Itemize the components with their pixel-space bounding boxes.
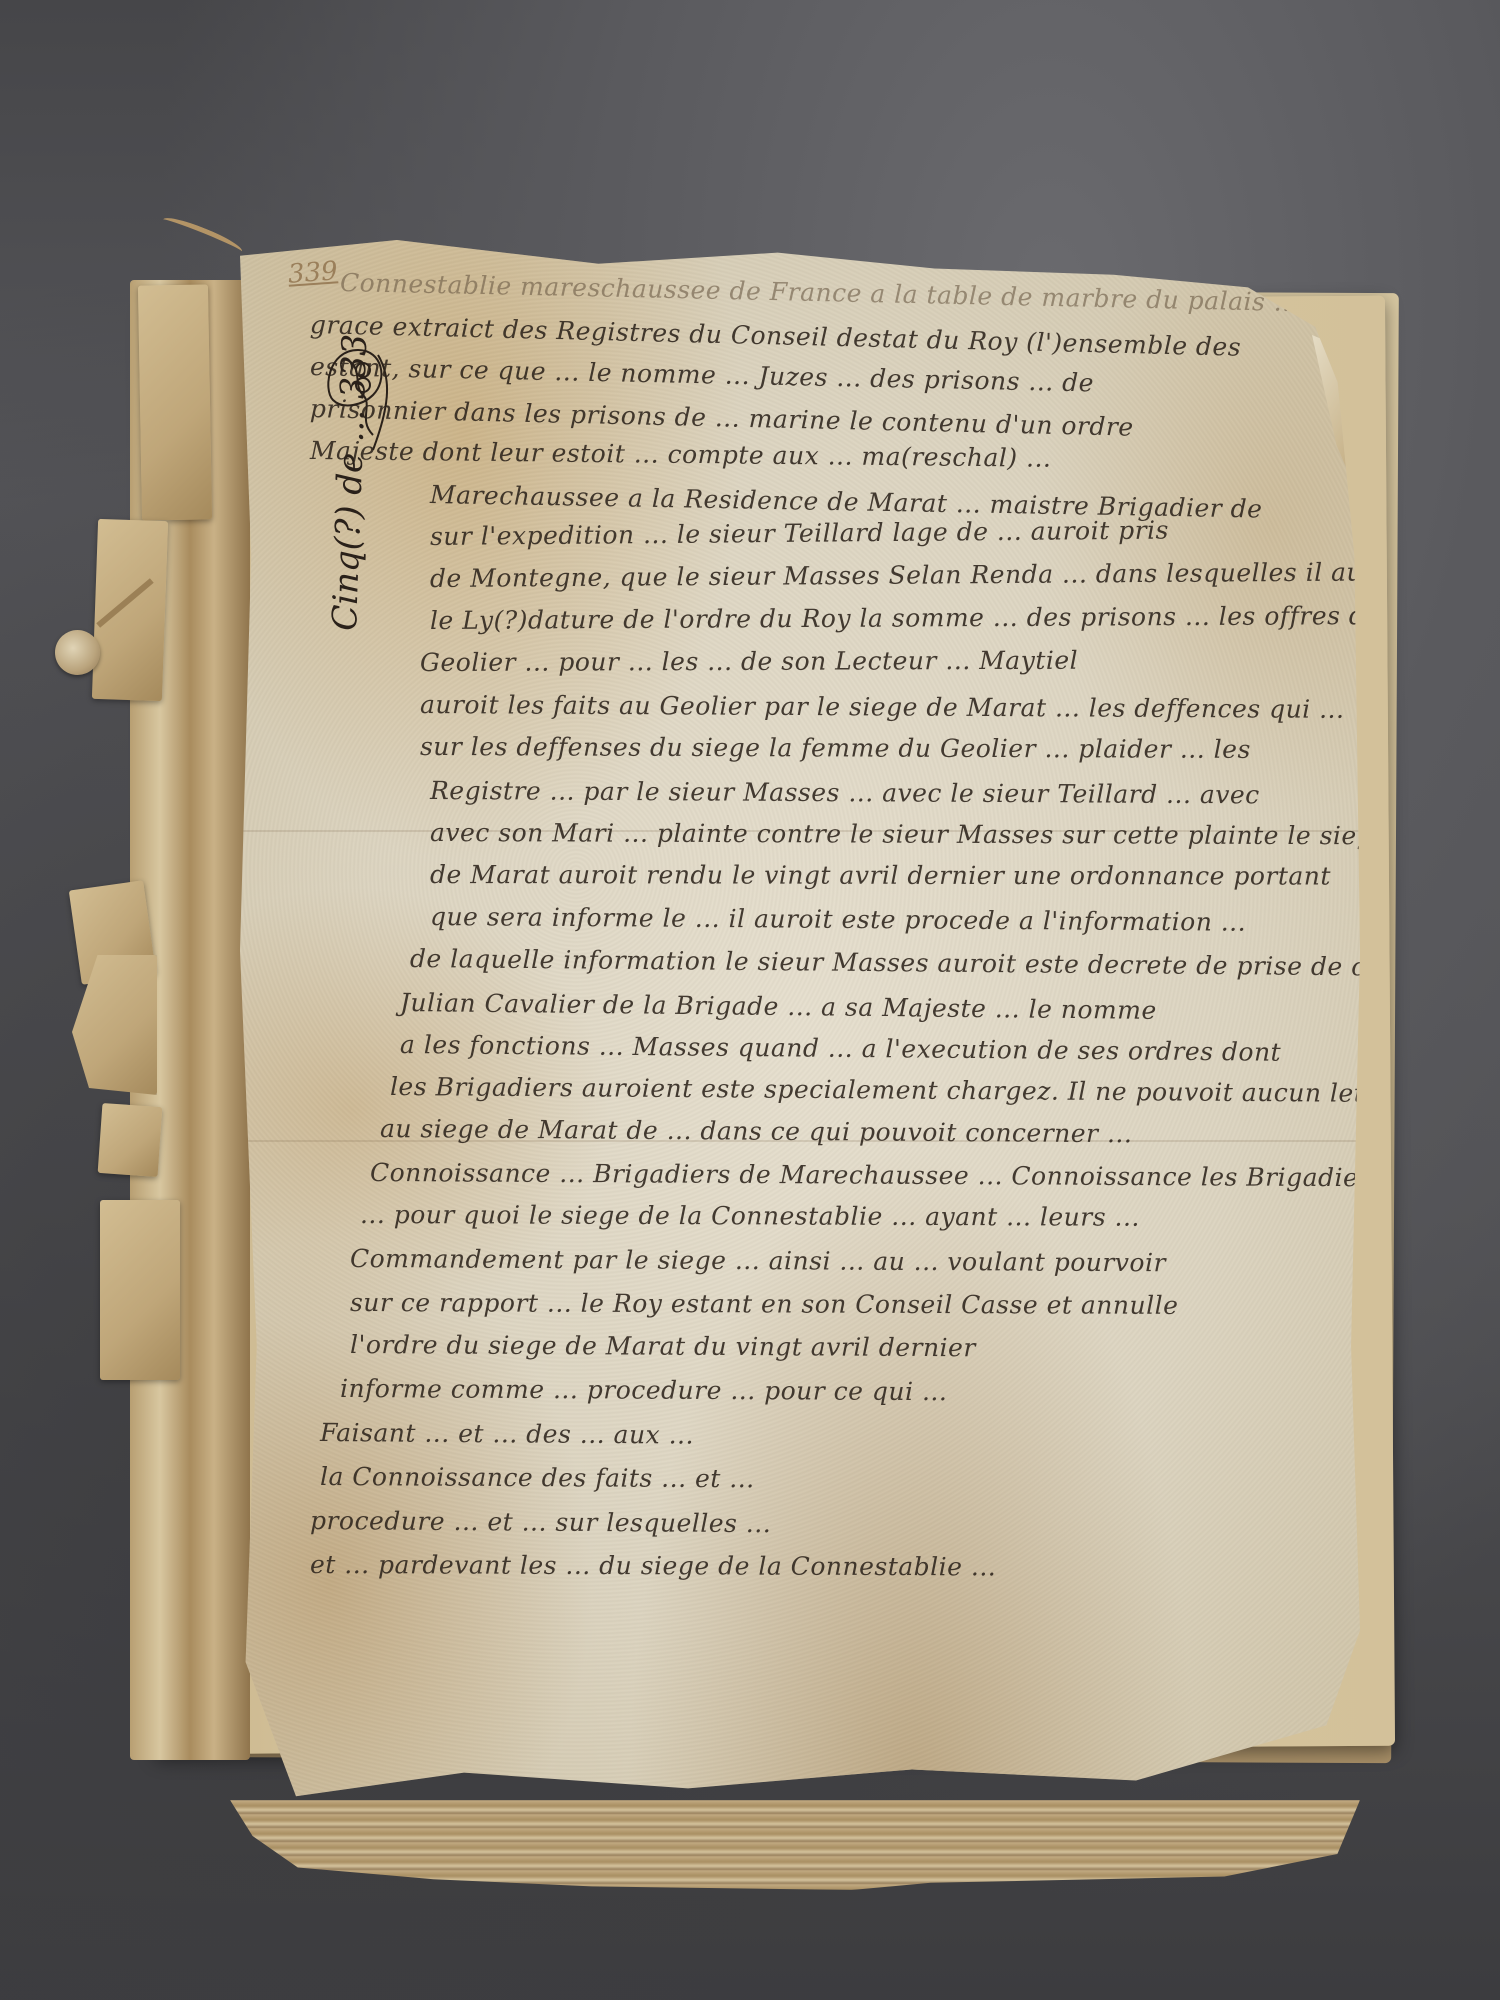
page-number: 339	[287, 256, 339, 289]
text-line: sur les deffenses du siege la femme du G…	[420, 732, 1251, 764]
text-line: de laquelle information le sieur Masses …	[410, 944, 1424, 982]
text-line: prisonnier dans les prisons de ... marin…	[310, 394, 1134, 442]
text-line: Geolier ... pour ... les ... de son Lect…	[420, 646, 1078, 677]
text-line: ... pour quoi le siege de la Connestabli…	[360, 1200, 1140, 1232]
torn-paper-flap	[100, 1200, 180, 1380]
text-line: Registre ... par le sieur Masses ... ave…	[430, 776, 1260, 809]
text-line: estant, sur ce que ... le nomme ... Juze…	[310, 352, 1095, 397]
text-line: l'ordre du siege de Marat du vingt avril…	[350, 1330, 976, 1362]
text-line: les Brigadiers auroient este specialemen…	[390, 1072, 1403, 1108]
torn-paper-flap	[92, 519, 168, 701]
text-line: Commandement par le siege ... ainsi ... …	[350, 1244, 1166, 1277]
text-line: la Connoissance des faits ... et ...	[320, 1462, 755, 1493]
text-line: informe comme ... procedure ... pour ce …	[340, 1374, 948, 1406]
text-line: Faisant ... et ... des ... aux ...	[320, 1418, 694, 1450]
binding-knot	[55, 630, 100, 675]
text-line: procedure ... et ... sur lesquelles ...	[310, 1506, 771, 1538]
text-line: de Marat auroit rendu le vingt avril der…	[430, 860, 1331, 891]
text-line: que sera informe le ... il auroit este p…	[430, 902, 1246, 937]
text-line: Julian Cavalier de la Brigade ... a sa M…	[400, 988, 1157, 1025]
text-line: avec son Mari ... plainte contre le sieu…	[430, 818, 1389, 850]
text-line: de Montegne, que le sieur Masses Selan R…	[430, 557, 1410, 593]
text-line: Connoissance ... Brigadiers de Marechaus…	[370, 1158, 1500, 1196]
torn-paper-flap	[138, 284, 212, 520]
manuscript-page: 339 Cinq(?) de ... 333 Connestablie mare…	[240, 240, 1360, 1820]
text-line: au siege de Marat de ... dans ce qui pou…	[380, 1114, 1133, 1148]
text-line: et ... pardevant les ... du siege de la …	[310, 1550, 996, 1581]
text-line: sur l'expedition ... le sieur Teillard l…	[430, 516, 1169, 551]
text-line: le Ly(?)dature de l'ordre du Roy la somm…	[430, 601, 1447, 635]
text-line: a les fonctions ... Masses quand ... a l…	[400, 1030, 1281, 1067]
text-line: Majeste dont leur estoit ... compte aux …	[310, 436, 1052, 473]
text-line: sur ce rapport ... le Roy estant en son …	[350, 1288, 1179, 1320]
torn-paper-flap	[98, 1103, 163, 1177]
text-line: auroit les faits au Geolier par le siege…	[420, 690, 1345, 724]
